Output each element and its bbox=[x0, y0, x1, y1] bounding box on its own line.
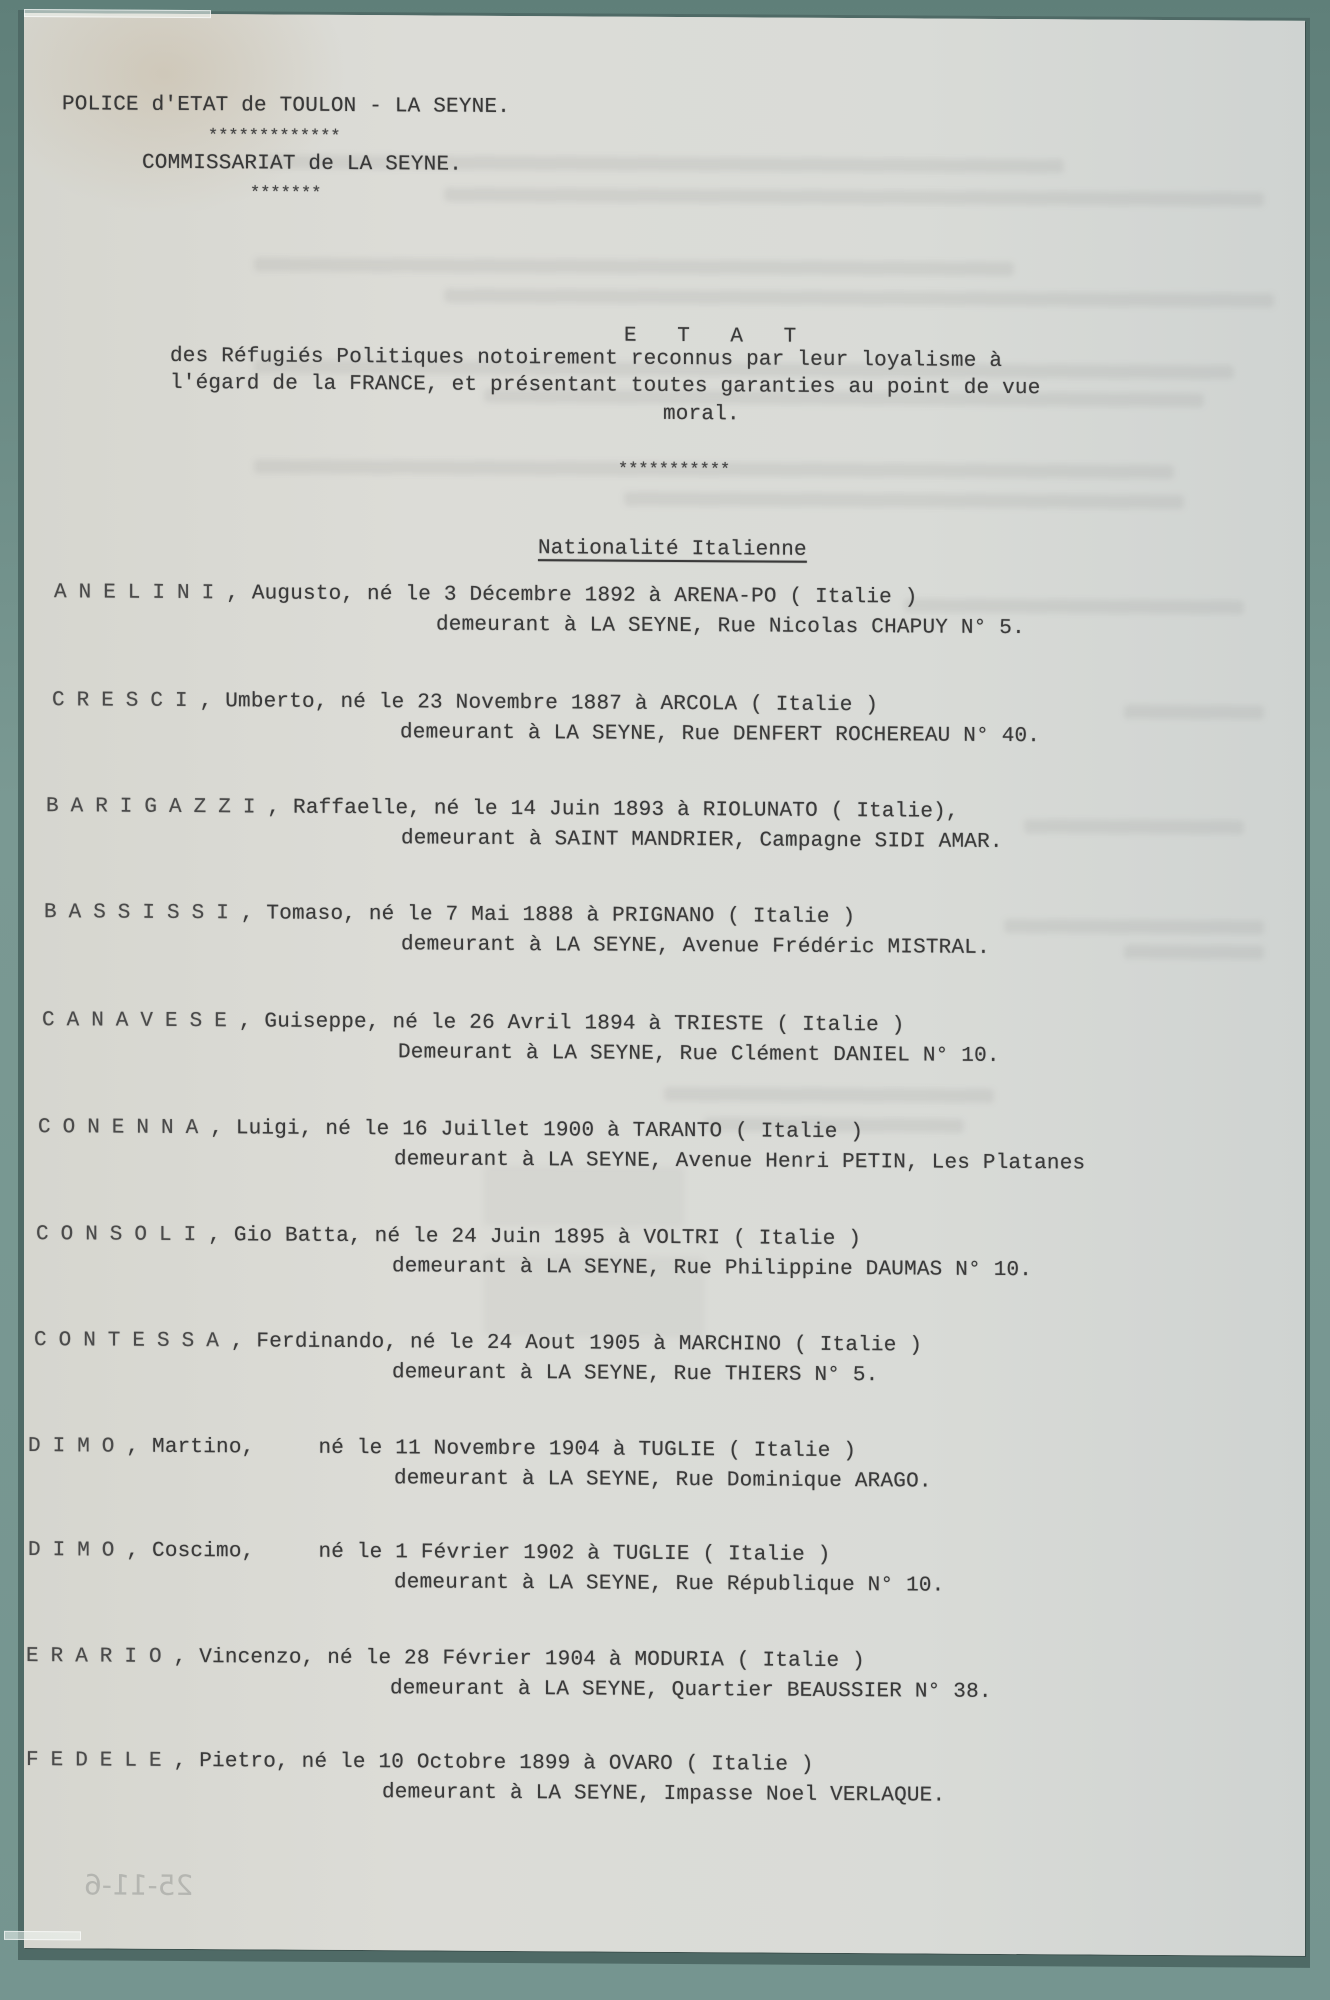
entry-birth-line: BARIGAZZI, Raffaelle, né le 14 Juin 1893… bbox=[46, 795, 959, 824]
margin-mark: 25-11-6 bbox=[84, 1868, 193, 1902]
entry-surname: DIMO bbox=[28, 1539, 126, 1563]
entry-surname: BARIGAZZI bbox=[46, 795, 267, 819]
entry-address-line: demeurant à LA SEYNE, Impasse Noel VERLA… bbox=[382, 1781, 945, 1807]
header-stars-2: ******* bbox=[250, 184, 321, 203]
entry-surname: CONSOLI bbox=[36, 1223, 208, 1247]
entry-birth-line: DIMO, Martino, né le 11 Novembre 1904 à … bbox=[28, 1435, 856, 1463]
entry-surname: CANAVESE bbox=[42, 1009, 239, 1033]
entry-address-line: demeurant à LA SEYNE, Rue Nicolas CHAPUY… bbox=[436, 614, 1025, 641]
entry-surname: FEDELE bbox=[26, 1749, 174, 1773]
entry-birth-line: CANAVESE, Guiseppe, né le 26 Avril 1894 … bbox=[42, 1009, 905, 1037]
entry-surname: CRESCI bbox=[52, 689, 200, 713]
entry-birth-line: CONENNA, Luigi, né le 16 Juillet 1900 à … bbox=[38, 1116, 863, 1144]
entry-surname: DIMO bbox=[28, 1435, 126, 1459]
entry-birth-line: ERARIO, Vincenzo, né le 28 Février 1904 … bbox=[26, 1645, 865, 1673]
header-commissariat: COMMISSARIAT de LA SEYNE. bbox=[142, 152, 462, 177]
entry-address-line: demeurant à LA SEYNE, Rue République N° … bbox=[394, 1571, 945, 1597]
entry-birth-line: CONTESSA, Ferdinando, né le 24 Aout 1905… bbox=[34, 1329, 922, 1357]
entry-birth-line: DIMO, Coscimo, né le 1 Février 1902 à TU… bbox=[28, 1539, 831, 1567]
tape-strip-top bbox=[24, 9, 211, 18]
entry-address-line: demeurant à SAINT MANDRIER, Campagne SID… bbox=[401, 827, 1003, 854]
entry-surname: ERARIO bbox=[26, 1645, 174, 1669]
tape-strip-bottom bbox=[4, 1931, 81, 1940]
entry-address-line: Demeurant à LA SEYNE, Rue Clément DANIEL… bbox=[398, 1041, 1000, 1068]
section-heading: Nationalité Italienne bbox=[538, 537, 807, 562]
document-page: POLICE d'ETAT de TOULON - LA SEYNE. ****… bbox=[24, 13, 1305, 1956]
entry-address-line: demeurant à LA SEYNE, Rue DENFERT ROCHER… bbox=[400, 721, 1040, 748]
entry-birth-line: BASSISSI, Tomaso, né le 7 Mai 1888 à PRI… bbox=[44, 901, 855, 929]
title-line-2: l'égard de la FRANCE, et présentant tout… bbox=[170, 372, 1041, 400]
entry-surname: ANELINI bbox=[54, 581, 226, 605]
header-police: POLICE d'ETAT de TOULON - LA SEYNE. bbox=[62, 93, 510, 119]
entry-birth-line: CONSOLI, Gio Batta, né le 24 Juin 1895 à… bbox=[36, 1223, 861, 1251]
entry-surname: CONENNA bbox=[38, 1116, 210, 1140]
entry-surname: BASSISSI bbox=[44, 901, 241, 925]
entry-address-line: demeurant à LA SEYNE, Rue THIERS N° 5. bbox=[392, 1361, 878, 1387]
title-stars: *********** bbox=[618, 461, 730, 481]
entry-address-line: demeurant à LA SEYNE, Quartier BEAUSSIER… bbox=[390, 1677, 992, 1704]
header-stars-1: ************* bbox=[208, 127, 341, 147]
entry-address-line: demeurant à LA SEYNE, Rue Philippine DAU… bbox=[392, 1255, 1032, 1282]
entry-address-line: demeurant à LA SEYNE, Avenue Henri PETIN… bbox=[394, 1148, 1085, 1175]
entry-address-line: demeurant à LA SEYNE, Avenue Frédéric MI… bbox=[401, 933, 990, 960]
entry-birth-line: FEDELE, Pietro, né le 10 Octobre 1899 à … bbox=[26, 1749, 814, 1777]
entry-birth-line: CRESCI, Umberto, né le 23 Novembre 1887 … bbox=[52, 689, 878, 717]
entry-address-line: demeurant à LA SEYNE, Rue Dominique ARAG… bbox=[394, 1467, 932, 1493]
document-title: E T A T bbox=[624, 325, 810, 349]
entry-surname: CONTESSA bbox=[34, 1329, 231, 1353]
entry-birth-line: ANELINI, Augusto, né le 3 Décembre 1892 … bbox=[54, 581, 918, 609]
title-line-3: moral. bbox=[663, 403, 740, 426]
